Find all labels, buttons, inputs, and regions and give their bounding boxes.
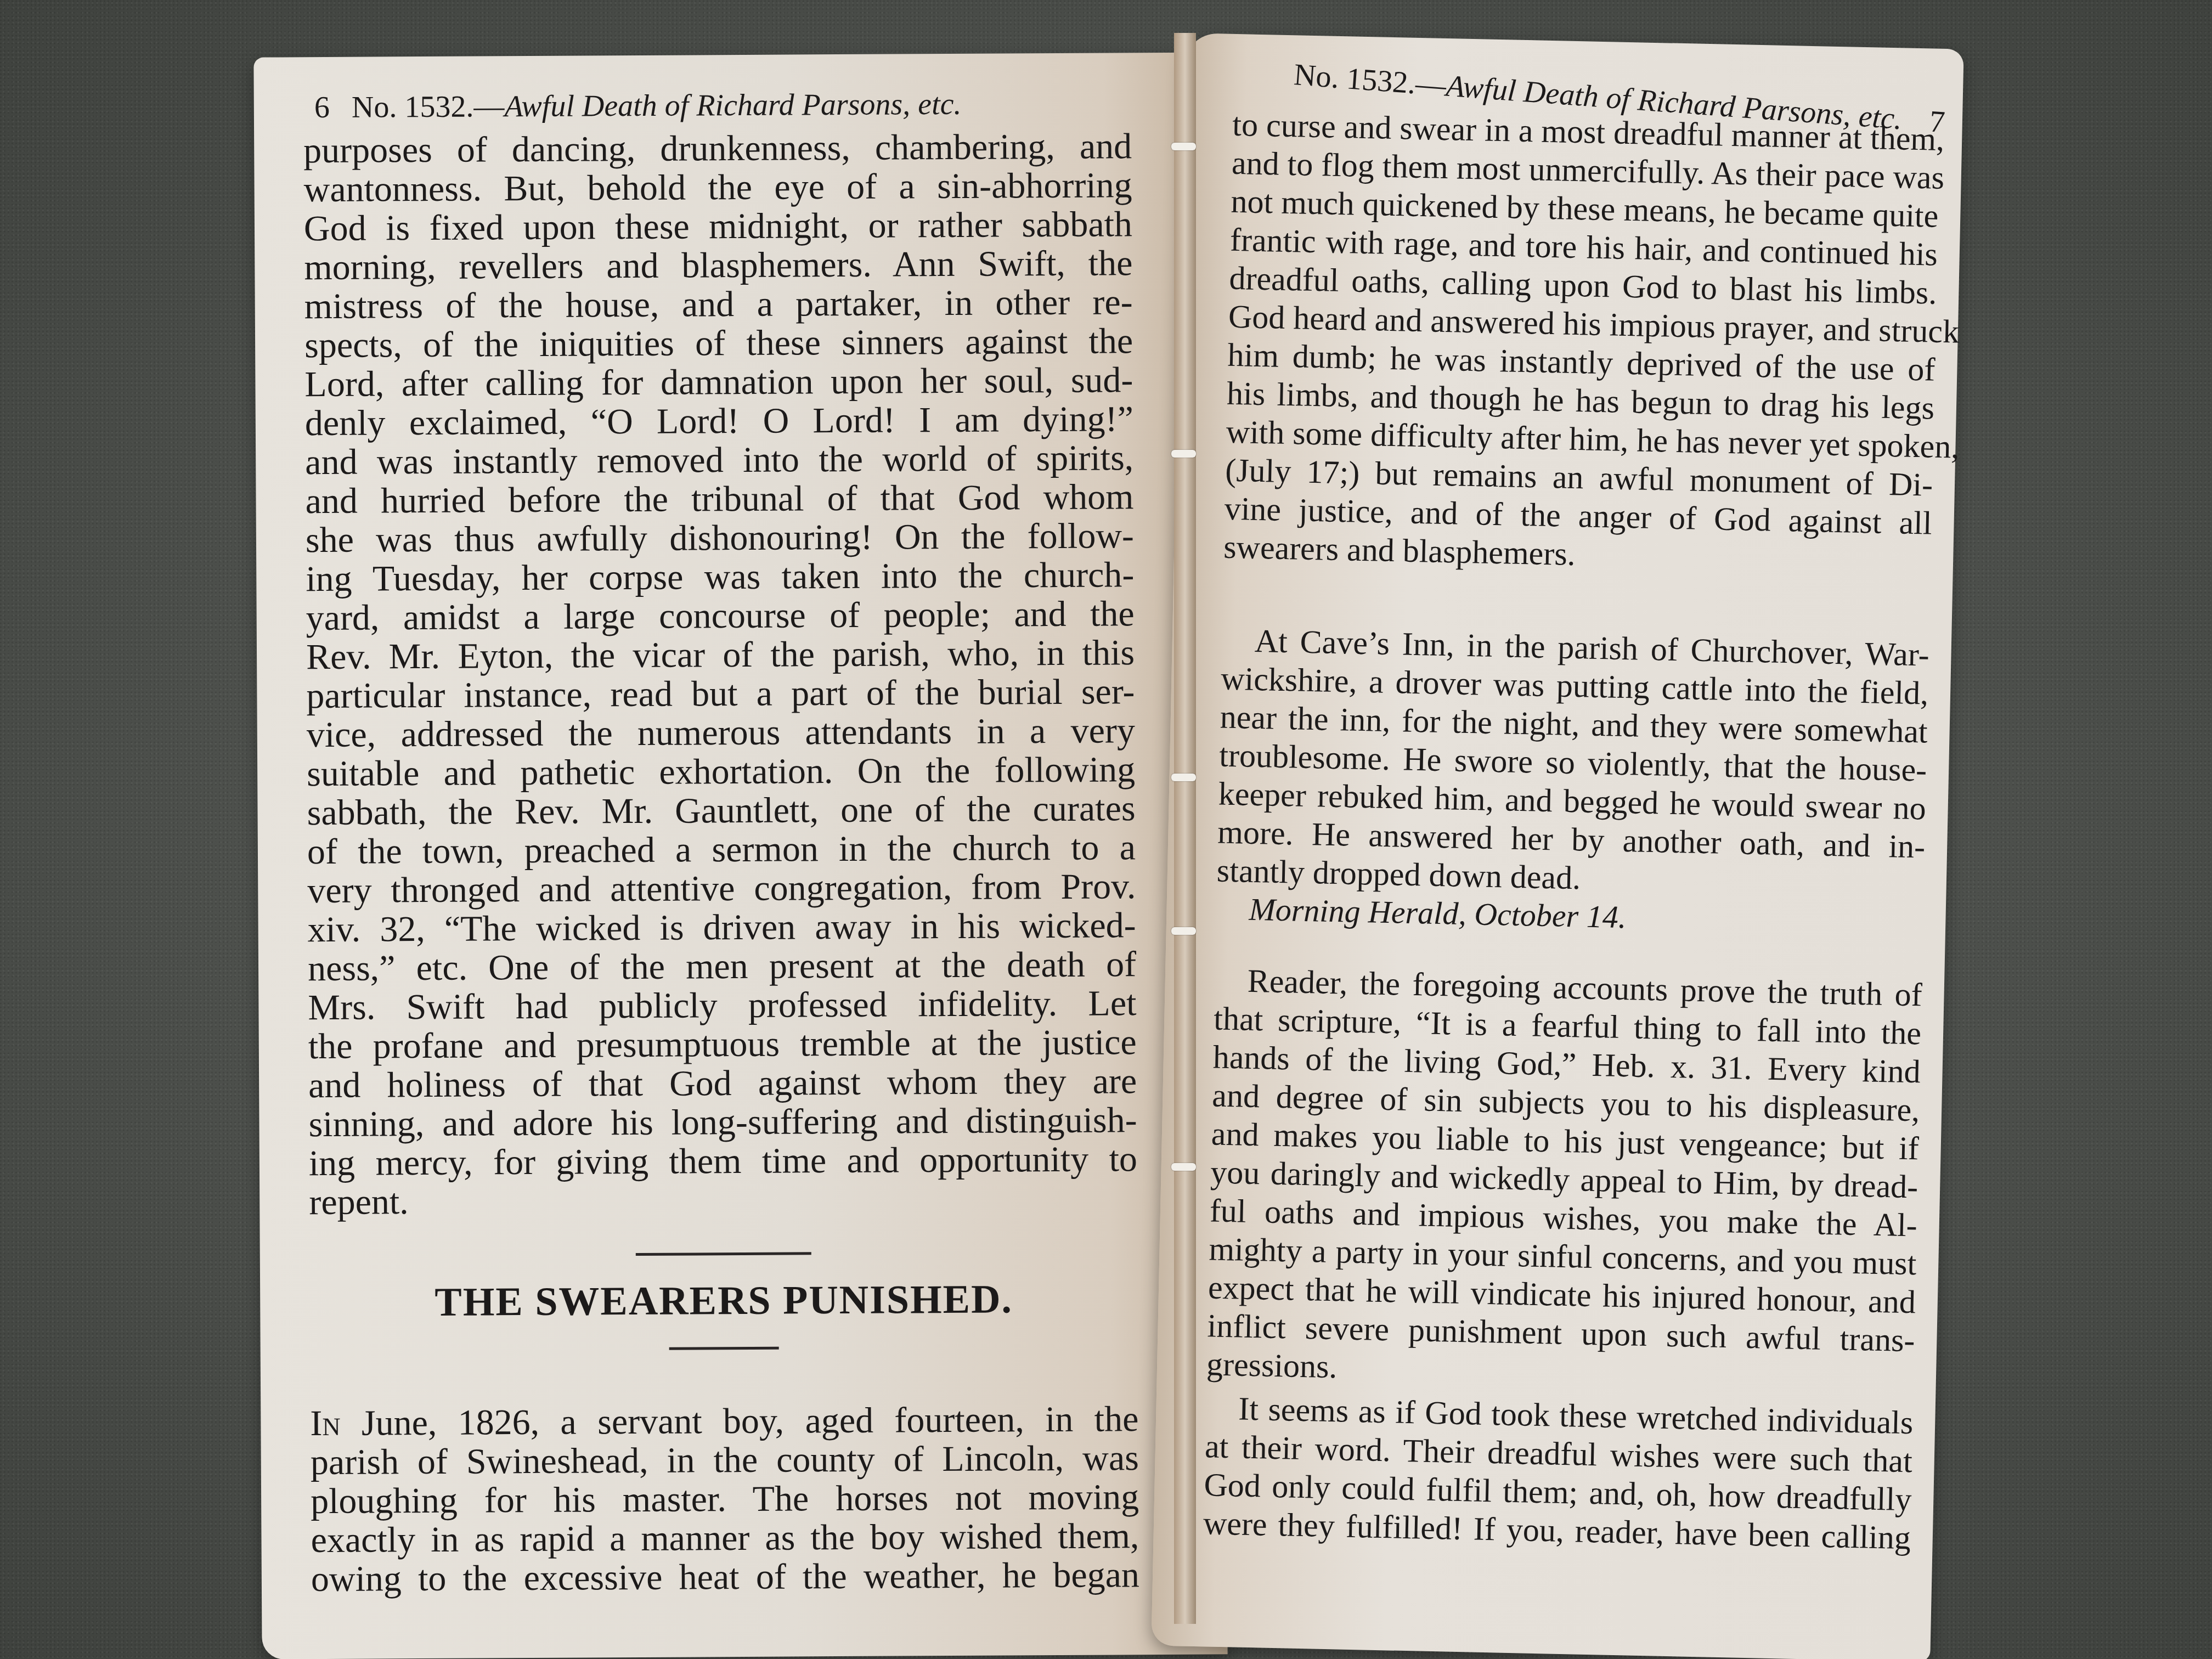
text-line: In June, 1826, a servant boy, aged fourt… — [310, 1400, 1138, 1443]
right-page: No. 1532.—Awful Death of Richard Parsons… — [1151, 33, 1963, 1659]
text-line: yard, amidst a large concourse of people… — [306, 594, 1135, 637]
text-line: owing to the excessive heat of the weath… — [311, 1555, 1139, 1599]
binding-thread — [1171, 1163, 1196, 1171]
tract-number: No. 1532.— — [1293, 58, 1447, 103]
text-line: wantonness. But, behold the eye of a sin… — [303, 166, 1132, 209]
text-line: very thronged and attentive congregation… — [307, 867, 1136, 910]
binding-thread — [1171, 927, 1196, 935]
right-text-block: to curse and swear in a most dreadful ma… — [1203, 105, 1940, 1557]
binding-thread — [1171, 774, 1196, 781]
text-line: Mrs. Swift had publicly professed infide… — [308, 984, 1136, 1027]
tract-number: No. 1532.— — [352, 89, 505, 124]
text-line: mistress of the house, and a partaker, i… — [304, 283, 1133, 326]
binding-thread — [1171, 143, 1196, 150]
drop-cap: In — [310, 1403, 341, 1443]
text-line: and was instantly removed into the world… — [305, 438, 1133, 482]
text-line: Rev. Mr. Eyton, the vicar of the parish,… — [306, 633, 1135, 676]
text-line: of the town, preached a sermon in the ch… — [307, 828, 1136, 871]
text-line: ness,” etc. One of the men present at th… — [308, 945, 1136, 988]
text-line: vice, addressed the numerous attendants … — [307, 711, 1135, 754]
left-running-head: 6No. 1532.—Awful Death of Richard Parson… — [314, 87, 962, 125]
text-line: purposes of dancing, drunkenness, chambe… — [303, 127, 1132, 170]
page-number: 6 — [314, 91, 330, 125]
text-line: particular instance, read but a part of … — [306, 672, 1135, 715]
text-line: the profane and presumptuous tremble at … — [308, 1023, 1137, 1066]
section-divider-bottom — [669, 1347, 779, 1350]
left-page: 6No. 1532.—Awful Death of Richard Parson… — [253, 52, 1227, 1659]
text-line: denly exclaimed, “O Lord! O Lord! I am d… — [305, 399, 1133, 443]
text-line: ploughing for his master. The horses not… — [311, 1477, 1139, 1521]
text-line: sabbath, the Rev. Mr. Gauntlett, one of … — [307, 789, 1135, 832]
paragraph-caves-inn: At Cave’s Inn, in the parish of Churchov… — [1216, 621, 1929, 943]
text-line: suitable and pathetic exhortation. On th… — [307, 750, 1135, 793]
paragraph-ann-swift: purposes of dancing, drunkenness, chambe… — [303, 127, 1137, 1222]
text-line: God is fixed upon these midnight, or rat… — [304, 205, 1132, 248]
text-line: spects, of the iniquities of these sinne… — [304, 321, 1133, 365]
text-line: xiv. 32, “The wicked is driven away in h… — [308, 906, 1136, 949]
text-line: ing mercy, for giving them time and oppo… — [309, 1139, 1137, 1183]
text-line: she was thus awfully dishonouring! On th… — [306, 516, 1134, 560]
text-line: and hurried before the tribunal of that … — [305, 477, 1133, 521]
section-divider-top — [636, 1252, 811, 1256]
binding-thread — [1171, 450, 1196, 458]
paragraph-swineshead: In June, 1826, a servant boy, aged fourt… — [310, 1400, 1139, 1599]
text-line: exactly in as rapid a manner as the boy … — [311, 1516, 1139, 1560]
section-heading: THE SWEARERS PUNISHED. — [309, 1279, 1138, 1323]
running-head-title: Awful Death of Richard Parsons, etc. — [504, 87, 962, 123]
text-line: Lord, after calling for damnation upon h… — [304, 360, 1133, 404]
text-line: parish of Swineshead, in the county of L… — [311, 1438, 1139, 1482]
text-line-rest: June, 1826, a servant boy, aged fourteen… — [340, 1399, 1138, 1443]
text-line: morning, revellers and blasphemers. Ann … — [304, 244, 1132, 287]
paragraph-reader-exhortation: Reader, the foregoing accounts prove the… — [1206, 961, 1922, 1398]
text-line: ing Tuesday, her corpse was taken into t… — [306, 555, 1134, 599]
left-text-block: purposes of dancing, drunkenness, chambe… — [303, 127, 1139, 1599]
text-line: and holiness of that God against whom th… — [308, 1062, 1137, 1105]
paragraph-god-took-them-at-word: It seems as if God took these wretched i… — [1203, 1389, 1914, 1557]
text-line: repent. — [309, 1178, 1137, 1222]
paragraph-swearing-boy: to curse and swear in a most dreadful ma… — [1223, 105, 1940, 581]
text-line: sinning, and adore his long-suffering an… — [308, 1101, 1137, 1144]
book-spine — [1174, 33, 1196, 1624]
